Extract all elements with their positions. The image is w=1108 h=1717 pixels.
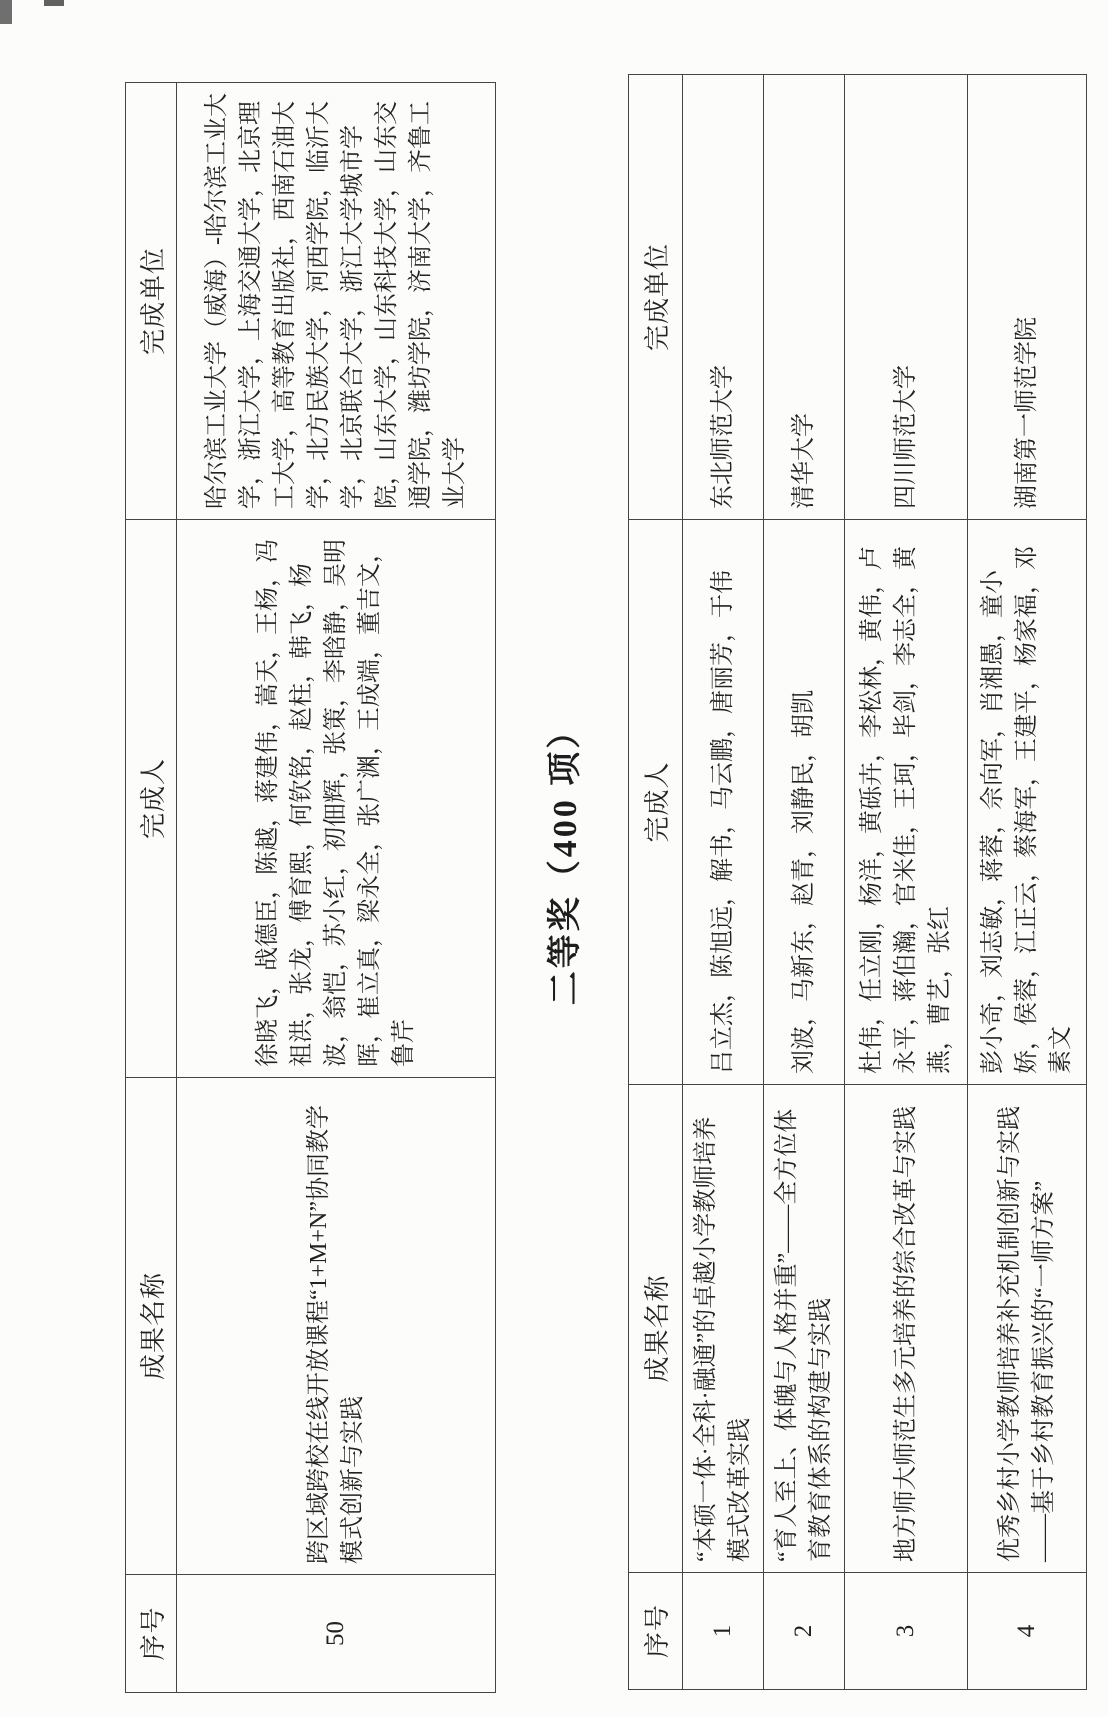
second-prize-table-header-row: 序号 成果名称 完成人 完成单位: [629, 75, 683, 1690]
table-row: 4 优秀乡村小学教师培养补充机制创新与实践——基于乡村教育振兴的“一师方案” 彭…: [968, 75, 1087, 1690]
table-row: 1 “本硕一体·全科·融通”的卓越小学教师培养模式改革实践 吕立杰，陈旭远，解书…: [683, 75, 764, 1690]
contributors: 刘波，马新东，赵青，刘静民，胡凯: [764, 520, 845, 1085]
header-institutions: 完成单位: [126, 83, 177, 520]
table-row: 50 跨区域跨校在线开放课程“1+M+N”协同教学模式创新与实践 徐晓飞，战德臣…: [177, 83, 496, 1693]
row-index: 4: [968, 1573, 1087, 1690]
header-index: 序号: [629, 1573, 683, 1690]
row-index: 1: [683, 1573, 764, 1690]
document-page: 序号 成果名称 完成人 完成单位 50 跨区域跨校在线开放课程“1+M+N”协同…: [0, 0, 1108, 1717]
achievement-name: 跨区域跨校在线开放课程“1+M+N”协同教学模式创新与实践: [177, 1078, 496, 1575]
institutions: 东北师范大学: [683, 75, 764, 520]
header-contributors: 完成人: [126, 520, 177, 1078]
row-index: 3: [845, 1573, 968, 1690]
institutions: 湖南第一师范学院: [968, 75, 1087, 520]
header-achievement-name: 成果名称: [126, 1078, 177, 1575]
first-prize-table: 序号 成果名称 完成人 完成单位 50 跨区域跨校在线开放课程“1+M+N”协同…: [125, 82, 496, 1693]
scanned-document-image: { "document": { "paper_color": "#fcfcfb"…: [0, 0, 1108, 1717]
contributors: 徐晓飞，战德臣，陈越，蒋建伟，嵩天，王杨，冯祖洪，张龙，傅育熙，何钦铭，赵柱，韩…: [177, 520, 496, 1078]
achievement-name: “本硕一体·全科·融通”的卓越小学教师培养模式改革实践: [683, 1085, 764, 1573]
contributors: 杜伟，任立刚，杨洋，黄砾卉，李松林，黄伟，卢永平，蒋伯瀚，官米佳，王珂，毕剑，李…: [845, 520, 968, 1085]
scan-artifact-corner: [0, 0, 12, 24]
header-contributors: 完成人: [629, 520, 683, 1085]
contributors: 吕立杰，陈旭远，解书，马云鹏，唐丽芳，于伟: [683, 520, 764, 1085]
row-index: 2: [764, 1573, 845, 1690]
institutions: 四川师范大学: [845, 75, 968, 520]
row-index: 50: [177, 1575, 496, 1693]
table-row: 3 地方师大师范生多元培养的综合改革与实践 杜伟，任立刚，杨洋，黄砾卉，李松林，…: [845, 75, 968, 1690]
first-prize-table-header-row: 序号 成果名称 完成人 完成单位: [126, 83, 177, 1693]
header-institutions: 完成单位: [629, 75, 683, 520]
second-prize-table: 序号 成果名称 完成人 完成单位 1 “本硕一体·全科·融通”的卓越小学教师培养…: [628, 74, 1087, 1690]
achievement-name: 优秀乡村小学教师培养补充机制创新与实践——基于乡村教育振兴的“一师方案”: [968, 1085, 1087, 1573]
header-index: 序号: [126, 1575, 177, 1693]
table-row: 2 “育人至上、体魄与人格并重”——全方位体育教育体系的构建与实践 刘波，马新东…: [764, 75, 845, 1690]
achievement-name: “育人至上、体魄与人格并重”——全方位体育教育体系的构建与实践: [764, 1085, 845, 1573]
section-title: 二等奖（400 项）: [537, 0, 586, 1717]
header-achievement-name: 成果名称: [629, 1085, 683, 1573]
scan-artifact-dash: [44, 0, 64, 6]
achievement-name: 地方师大师范生多元培养的综合改革与实践: [845, 1085, 968, 1573]
institutions: 哈尔滨工业大学（威海）-哈尔滨工业大学，浙江大学，上海交通大学，北京理工大学，高…: [177, 83, 496, 520]
contributors: 彭小奇，刘志敏，蒋蓉，佘向军，肖湘愚，童小娇，侯蓉，江正云，蔡海军，王建平，杨家…: [968, 520, 1087, 1085]
institutions: 清华大学: [764, 75, 845, 520]
